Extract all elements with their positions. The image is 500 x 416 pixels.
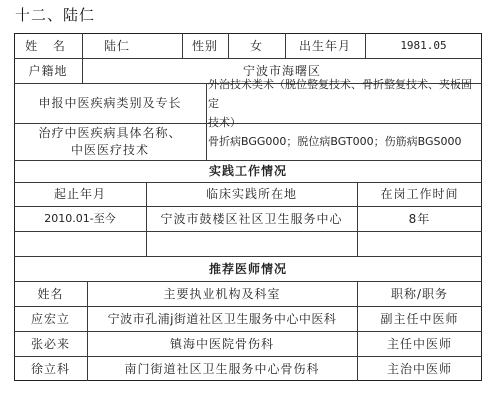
name-label: 姓 名 [14,33,82,58]
birth-value: 1981.05 [365,33,482,58]
recommender-institution: 宁波市孔浦j街道社区卫生服务中心中医科 [87,306,357,331]
recommender-name: 徐立科 [14,356,87,381]
practice-col-duration: 在岗工作时间 [357,182,482,206]
specialty-value: 外治技术类术（脱位整复技术、骨折整复技术、夹板固定 技术） [206,83,482,123]
practice-duration: 8年 [357,206,482,231]
recommender-institution: 南门街道社区卫生服务中心骨伤科 [87,356,357,381]
treatment-label-line2: 中医医疗技术 [71,142,149,159]
recommender-col-institution: 主要执业机构及科室 [87,281,357,306]
gender-label: 性别 [182,33,228,58]
recommender-name: 应宏立 [14,306,87,331]
name-value: 陆仁 [82,33,182,58]
practice-location-empty [146,231,357,256]
specialty-value-line1: 外治技术类术（脱位整复技术、骨折整复技术、夹板固定 [208,75,482,113]
recommenders-heading: 推荐医师情况 [14,256,482,281]
recommender-col-name: 姓名 [14,281,87,306]
hometown-label: 户籍地 [14,58,82,83]
treatment-label: 治疗中医疾病具体名称、 中医医疗技术 [14,123,206,160]
practice-col-location: 临床实践所在地 [146,182,357,206]
practice-location: 宁波市鼓楼区社区卫生服务中心 [146,206,357,231]
recommender-institution: 镇海中医院骨伤科 [87,331,357,356]
section-title: 十二、陆仁 [15,4,95,25]
specialty-label: 申报中医疾病类别及专长 [14,83,206,123]
practice-duration-empty [357,231,482,256]
treatment-label-line1: 治疗中医疾病具体名称、 [38,125,181,142]
recommender-title: 副主任中医师 [357,306,482,331]
recommender-name: 张必来 [14,331,87,356]
birth-label: 出生年月 [285,33,365,58]
treatment-value: 骨折病BGG000；脱位病BGT000；伤筋病BGS000 [206,123,482,160]
gender-value: 女 [228,33,285,58]
practice-period-empty [14,231,146,256]
practice-col-period: 起止年月 [14,182,146,206]
practice-period: 2010.01-至今 [14,206,146,231]
recommender-title: 主治中医师 [357,356,482,381]
practice-heading: 实践工作情况 [14,160,482,182]
recommender-col-title: 职称/职务 [357,281,482,306]
recommender-title: 主任中医师 [357,331,482,356]
